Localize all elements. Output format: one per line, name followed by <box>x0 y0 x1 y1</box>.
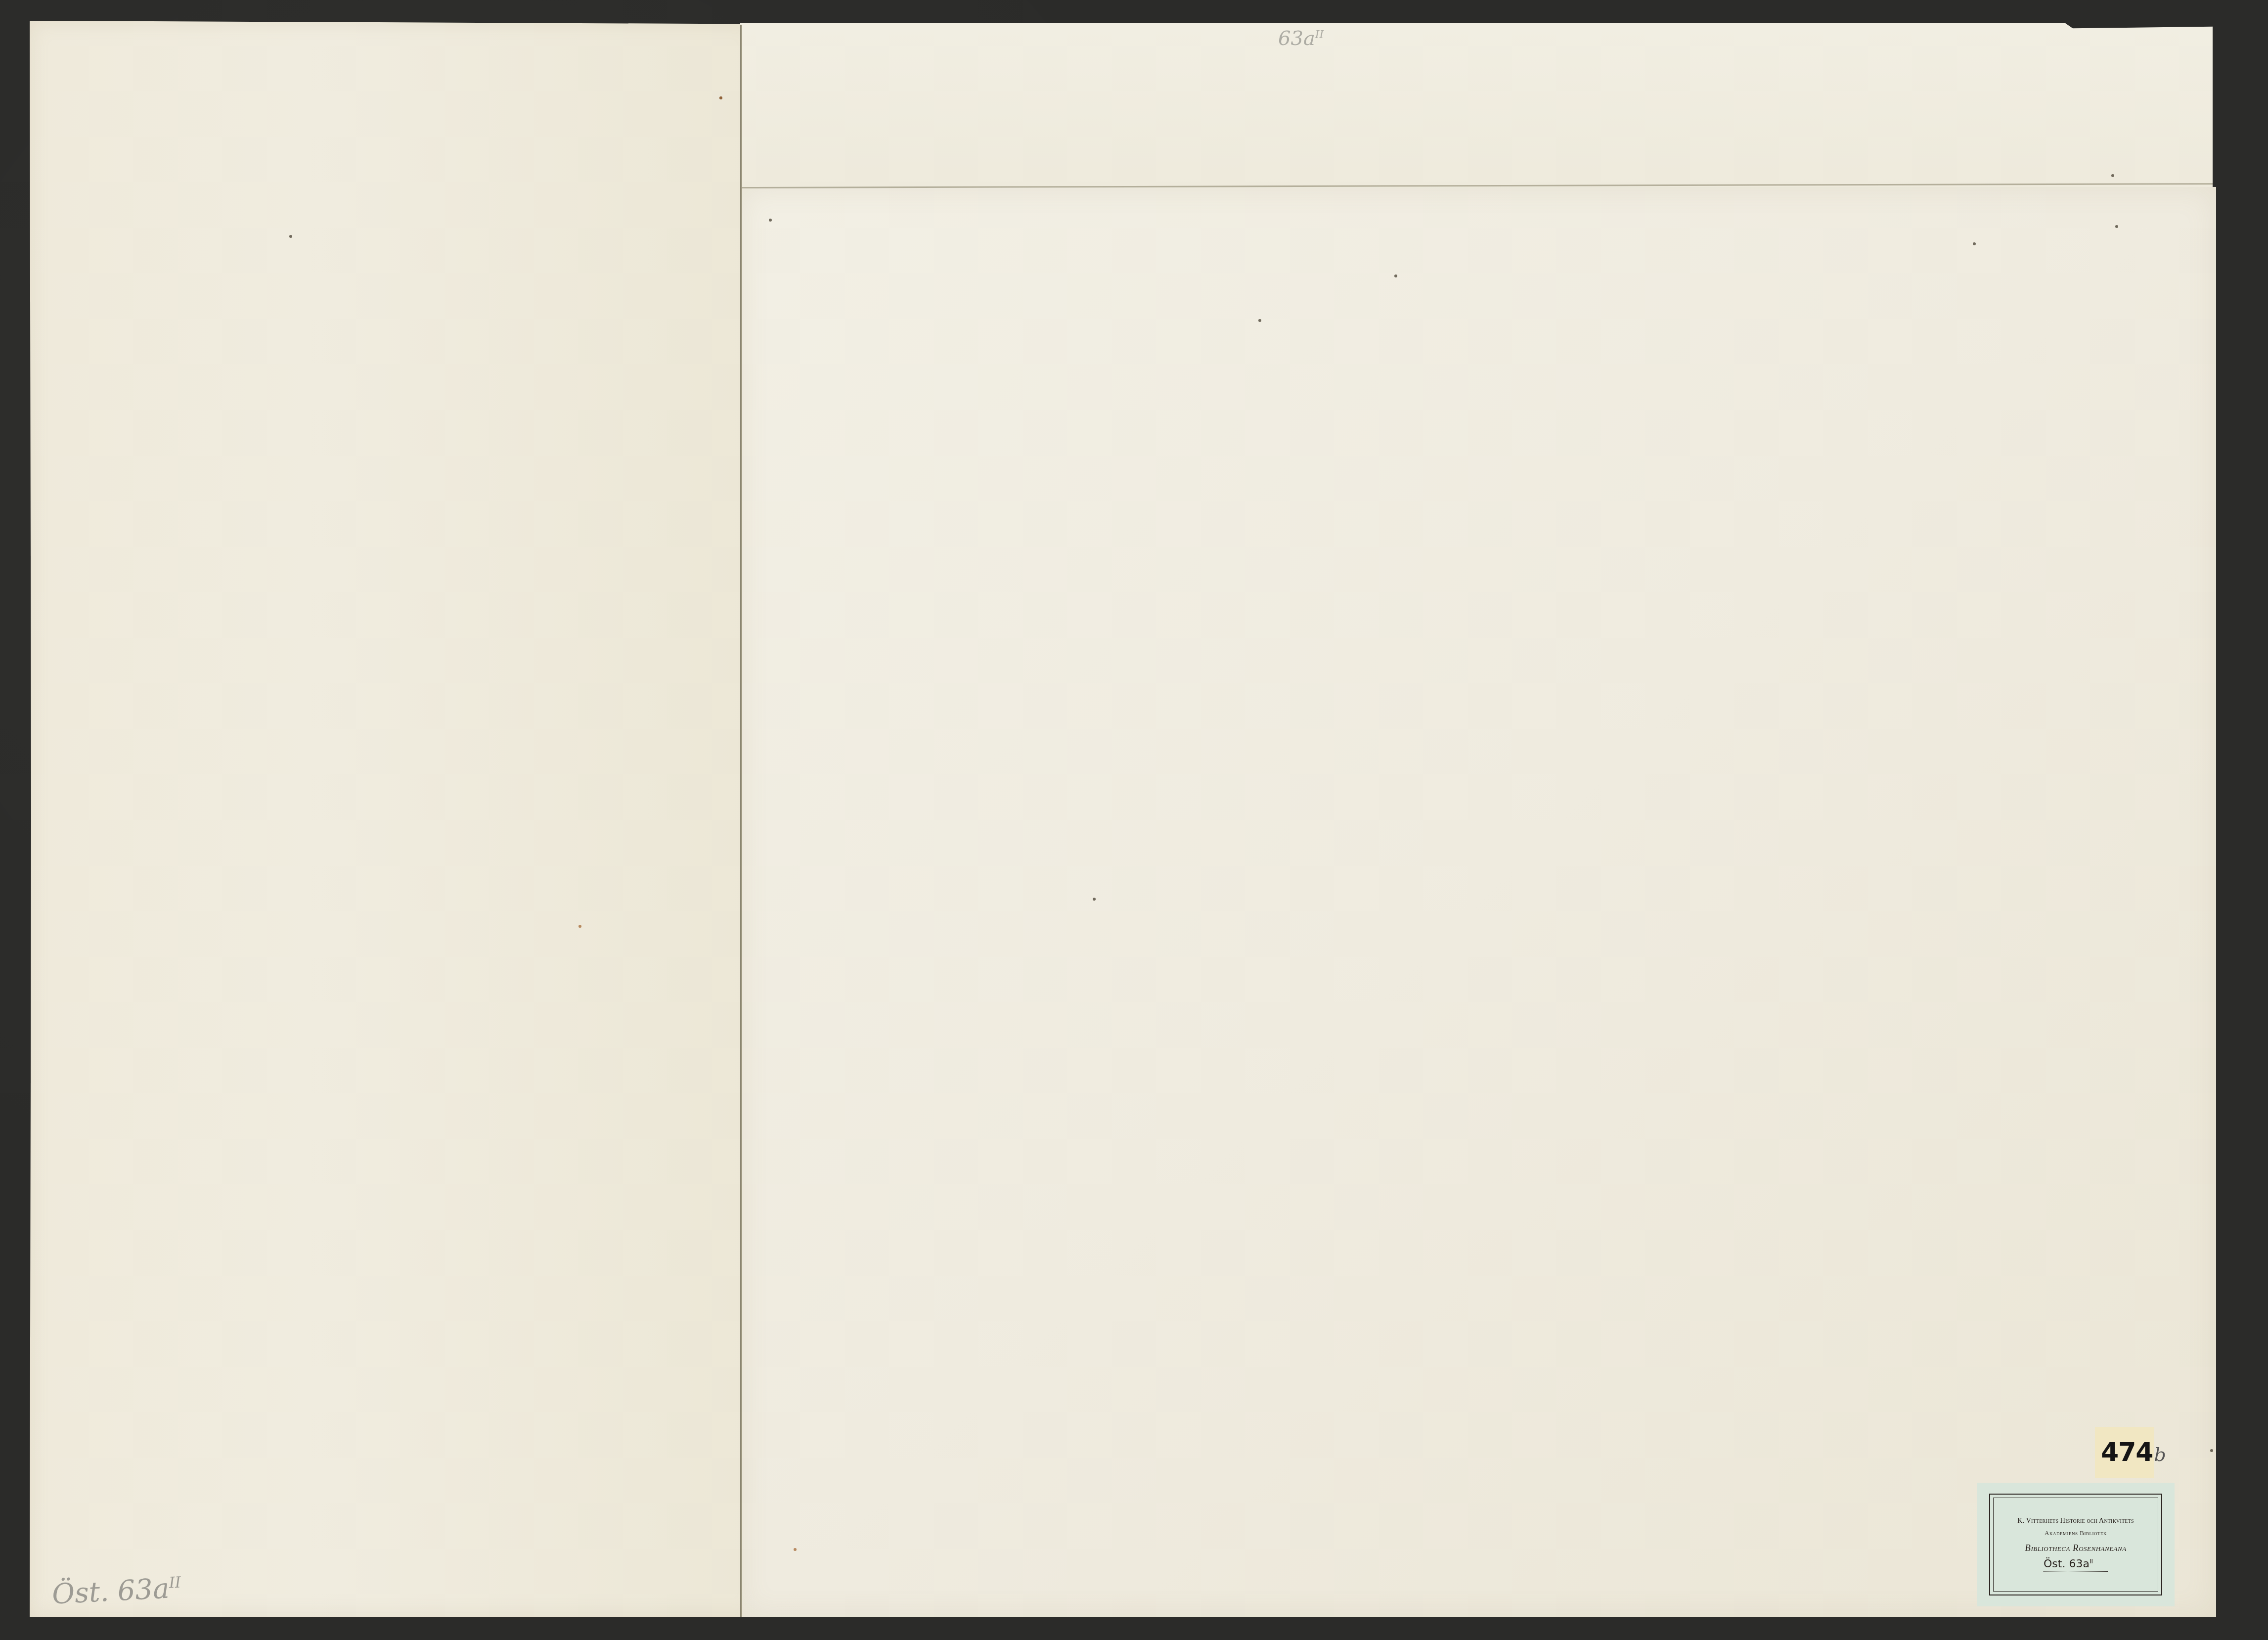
paper-speck <box>2111 174 2114 177</box>
paper-sheet-left <box>30 21 756 1617</box>
pencil-shelfmark-bottom: Öst. 63aII <box>51 1572 182 1611</box>
pencil-bottom-superscript: II <box>169 1574 181 1592</box>
paper-sheet-right <box>740 187 2216 1617</box>
pencil-top-superscript: II <box>1315 29 1324 41</box>
label-shelfmark: Öst. 63aII <box>2044 1558 2108 1572</box>
label-inner-frame: K. Vitterhets Historie och Antikvitets A… <box>1993 1498 2158 1592</box>
paper-speck <box>1973 242 1976 245</box>
shelfmark-superscript: II <box>2090 1558 2093 1565</box>
paper-speck <box>1093 898 1096 901</box>
paper-speck <box>2210 1449 2213 1452</box>
label-collection: Bibliotheca Rosenhaneana <box>2025 1543 2126 1554</box>
paper-speck <box>578 925 581 928</box>
shelfmark-text: Öst. 63a <box>2044 1558 2090 1570</box>
label-institution: K. Vitterhets Historie och Antikvitets <box>2017 1517 2134 1525</box>
paper-speck <box>719 96 722 99</box>
inventory-suffix: b <box>2154 1444 2166 1465</box>
paper-speck <box>769 219 772 222</box>
paper-speck <box>1258 319 1261 322</box>
inventory-number: 474 <box>2101 1438 2153 1467</box>
sheet-join-seam <box>740 25 742 1617</box>
paper-speck <box>289 235 292 238</box>
pencil-bottom-text: Öst. 63a <box>51 1572 170 1610</box>
library-bookplate-label: K. Vitterhets Historie och Antikvitets A… <box>1977 1483 2175 1606</box>
label-outer-frame: K. Vitterhets Historie och Antikvitets A… <box>1989 1494 2162 1595</box>
label-library: Akademiens Bibliotek <box>2045 1529 2107 1537</box>
paper-speck <box>1394 274 1397 277</box>
pencil-top-text: 63a <box>1278 27 1315 50</box>
pencil-shelfmark-top: 63aII <box>1278 27 1324 50</box>
paper-speck <box>794 1548 797 1551</box>
paper-speck <box>2115 225 2118 228</box>
paper-sheet-top-strip <box>740 23 2213 191</box>
inventory-number-tag: 474 b <box>2095 1427 2154 1478</box>
